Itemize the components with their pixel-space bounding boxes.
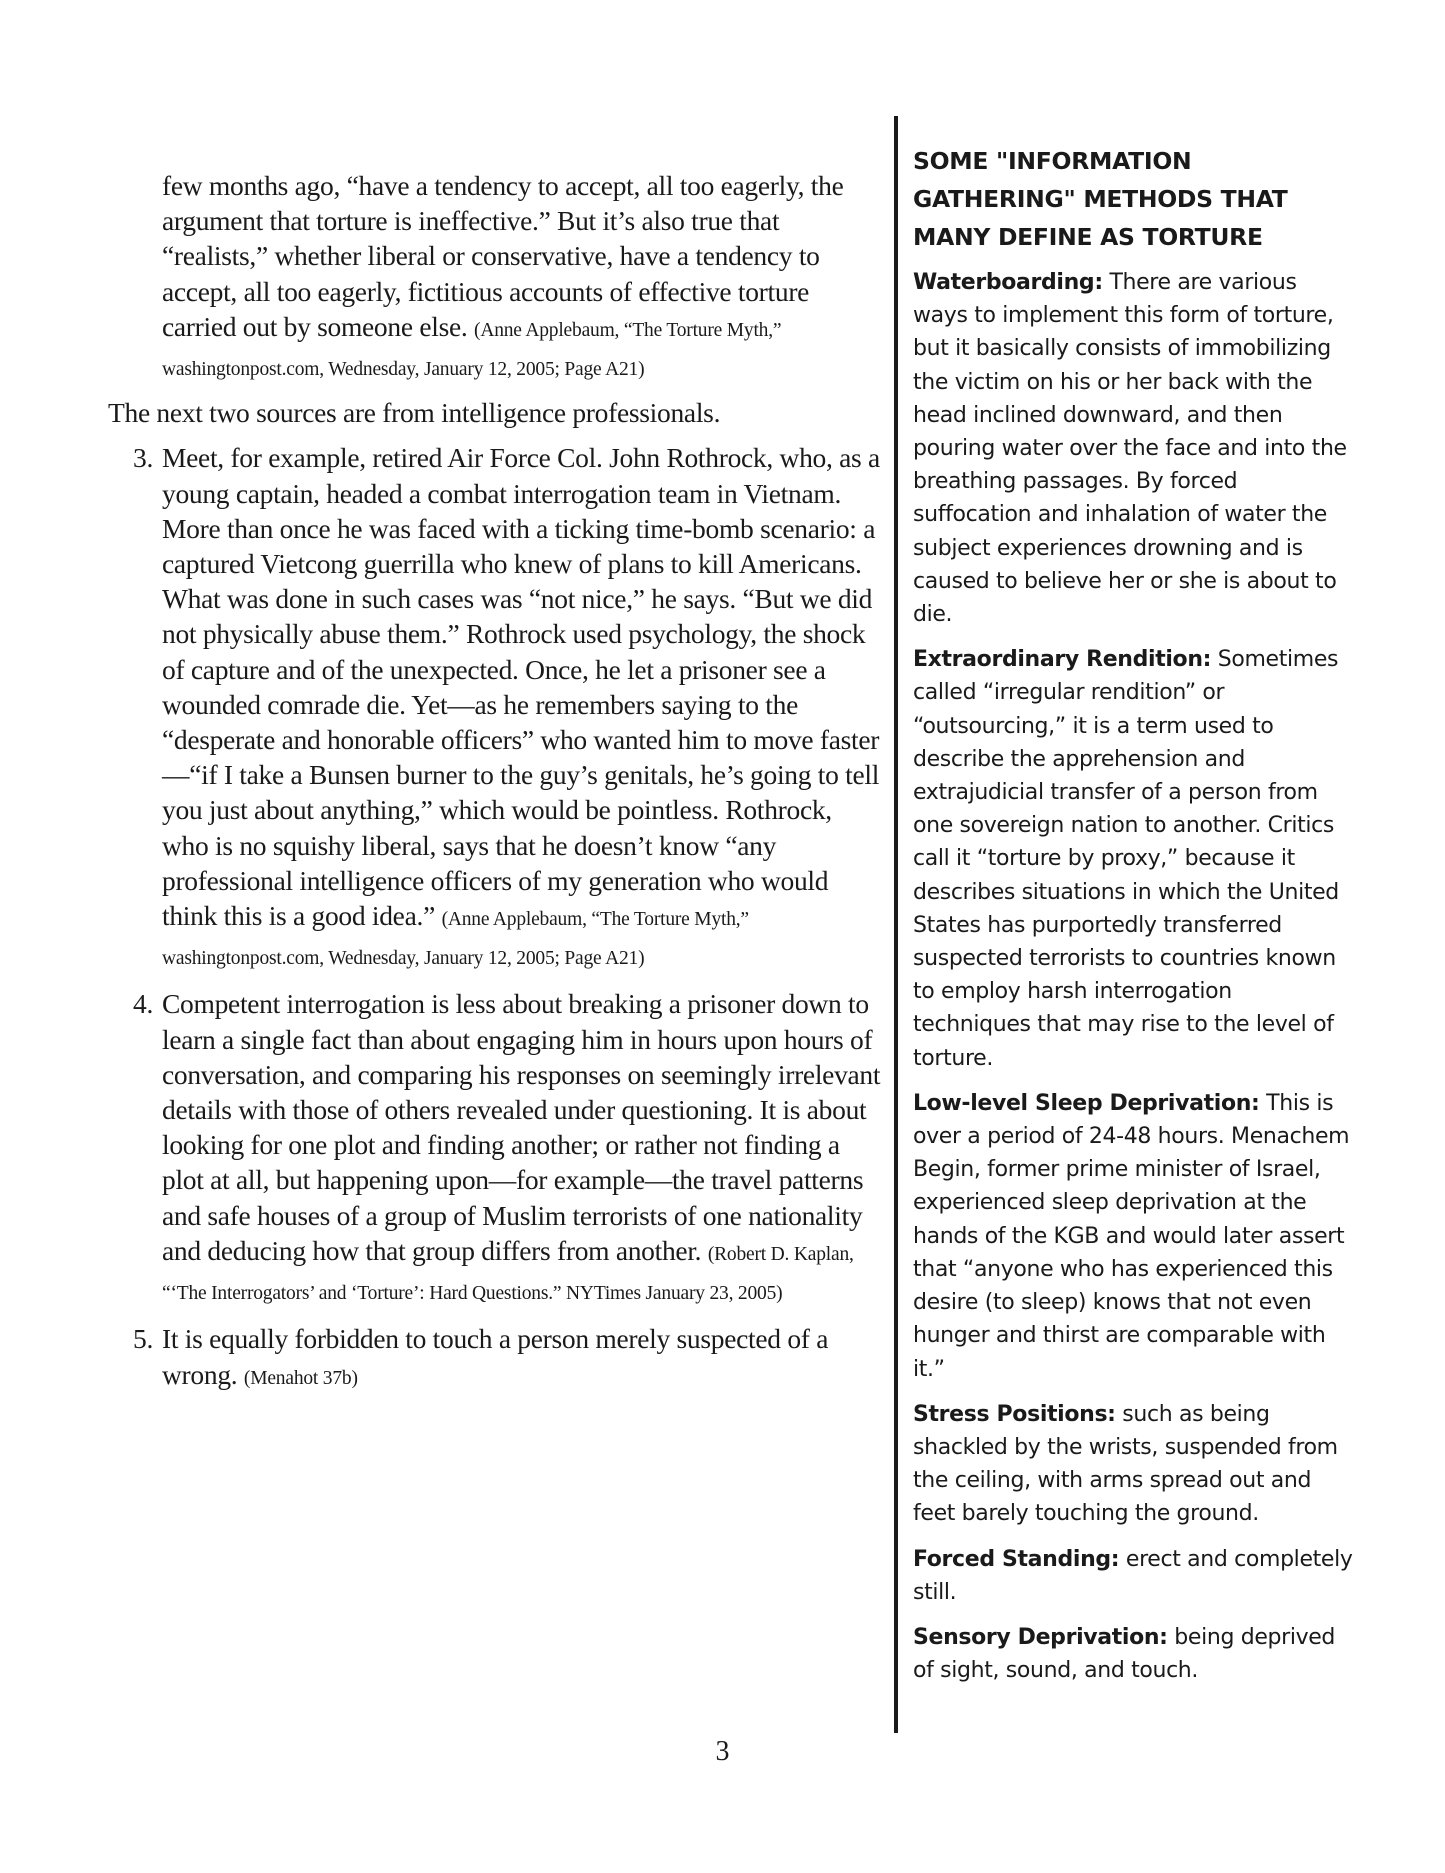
sidebar-title: SOME "INFORMATION GATHERING" METHODS THA… [913,142,1353,256]
method-term: Waterboarding: [913,270,1103,295]
method-description: Sometimes called “irregular rendition” o… [913,647,1339,1070]
item-number: 3. [133,440,153,475]
intro-paragraph: The next two sources are from intelligen… [108,395,883,430]
continued-quote: few months ago, “have a tendency to acce… [108,168,883,387]
method-term: Stress Positions: [913,1402,1116,1427]
item-text: Competent interrogation is less about br… [162,988,880,1265]
method-term: Extraordinary Rendition: [913,647,1211,672]
method-extraordinary-rendition: Extraordinary Rendition: Sometimes calle… [913,643,1353,1075]
item-text: Meet, for example, retired Air Force Col… [162,442,880,931]
method-sensory-deprivation: Sensory Deprivation: being deprived of s… [913,1621,1353,1687]
main-column: few months ago, “have a tendency to acce… [108,168,883,1406]
item-number: 5. [133,1321,153,1356]
method-stress-positions: Stress Positions: such as being shackled… [913,1398,1353,1531]
source-item-4: 4. Competent interrogation is less about… [108,986,883,1311]
source-item-3: 3. Meet, for example, retired Air Force … [108,440,883,976]
method-description: This is over a period of 24-48 hours. Me… [913,1091,1349,1382]
sidebar-box: SOME "INFORMATION GATHERING" METHODS THA… [913,142,1353,1699]
item-number: 4. [133,986,153,1021]
source-item-5: 5. It is equally forbidden to touch a pe… [108,1321,883,1395]
quote-text: few months ago, “have a tendency to acce… [162,170,844,342]
page-number: 3 [0,1736,1445,1768]
column-divider [894,116,898,1733]
method-sleep-deprivation: Low-level Sleep Deprivation: This is ove… [913,1087,1353,1386]
method-waterboarding: Waterboarding: There are various ways to… [913,266,1353,631]
method-term: Sensory Deprivation: [913,1625,1168,1650]
method-forced-standing: Forced Standing: erect and completely st… [913,1543,1353,1609]
item-citation: (Menahot 37b) [244,1368,358,1389]
method-term: Low-level Sleep Deprivation: [913,1091,1260,1116]
method-term: Forced Standing: [913,1547,1119,1572]
method-description: There are various ways to implement this… [913,270,1347,627]
